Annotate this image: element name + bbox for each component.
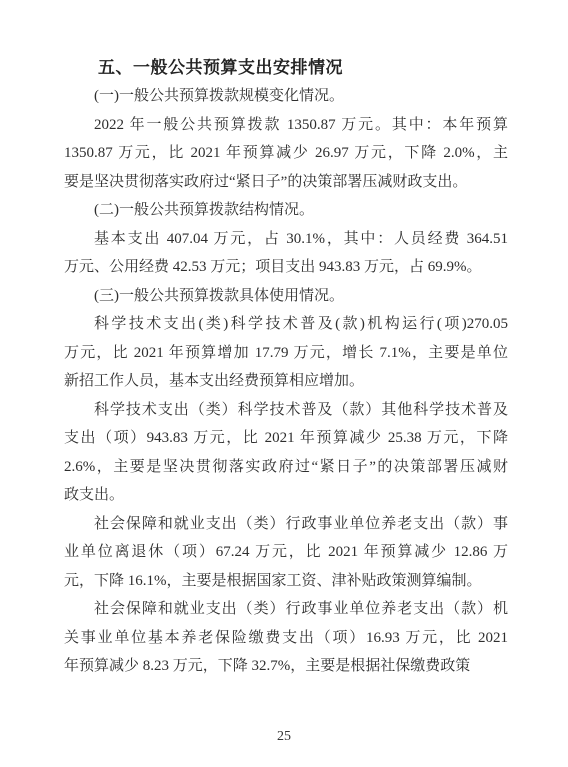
document-paragraph: 科学技术支出(类)科学技术普及(款)机构运行(项)270.05万元，比 2021… bbox=[64, 310, 508, 396]
paragraph-line: 2022 年一般公共预算拨款 1350.87 万元。其中：本年预算 bbox=[64, 111, 508, 140]
paragraph-line: 基本支出 407.04 万元，占 30.1%，其中：人员经费 364.51 bbox=[64, 225, 508, 254]
paragraph-line: 万元、公用经费 42.53 万元；项目支出 943.83 万元，占 69.9%。 bbox=[64, 253, 508, 282]
paragraph-line: 业单位离退休（项）67.24 万元，比 2021 年预算减少 12.86 万 bbox=[64, 538, 508, 567]
document-page: 五、一般公共预算支出安排情况 (一)一般公共预算拨款规模变化情况。2022 年一… bbox=[0, 0, 568, 767]
document-content: 五、一般公共预算支出安排情况 (一)一般公共预算拨款规模变化情况。2022 年一… bbox=[64, 53, 508, 681]
paragraph-line: (二)一般公共预算拨款结构情况。 bbox=[64, 196, 508, 225]
paragraph-line: 新招工作人员，基本支出经费预算相应增加。 bbox=[64, 367, 508, 396]
paragraph-line: 社会保障和就业支出（类）行政事业单位养老支出（款）机 bbox=[64, 595, 508, 624]
paragraph-line: 科学技术支出（类）科学技术普及（款）其他科学技术普及 bbox=[64, 396, 508, 425]
paragraph-line: 要是坚决贯彻落实政府过“紧日子”的决策部署压减财政支出。 bbox=[64, 168, 508, 197]
document-paragraph: 基本支出 407.04 万元，占 30.1%，其中：人员经费 364.51万元、… bbox=[64, 225, 508, 282]
paragraph-line: (一)一般公共预算拨款规模变化情况。 bbox=[64, 82, 508, 111]
document-paragraph: 科学技术支出（类）科学技术普及（款）其他科学技术普及支出（项）943.83 万元… bbox=[64, 396, 508, 510]
document-paragraph: 2022 年一般公共预算拨款 1350.87 万元。其中：本年预算1350.87… bbox=[64, 111, 508, 197]
paragraph-line: 年预算减少 8.23 万元，下降 32.7%，主要是根据社保缴费政策 bbox=[64, 652, 508, 681]
paragraph-line: 支出（项）943.83 万元，比 2021 年预算减少 25.38 万元，下降 bbox=[64, 424, 508, 453]
document-paragraph: (一)一般公共预算拨款规模变化情况。 bbox=[64, 82, 508, 111]
document-paragraph: 社会保障和就业支出（类）行政事业单位养老支出（款）机关事业单位基本养老保险缴费支… bbox=[64, 595, 508, 681]
page-number: 25 bbox=[0, 729, 568, 745]
document-paragraph: (二)一般公共预算拨款结构情况。 bbox=[64, 196, 508, 225]
document-paragraph: 社会保障和就业支出（类）行政事业单位养老支出（款）事业单位离退休（项）67.24… bbox=[64, 510, 508, 596]
paragraph-line: 科学技术支出(类)科学技术普及(款)机构运行(项)270.05 bbox=[64, 310, 508, 339]
paragraph-line: 社会保障和就业支出（类）行政事业单位养老支出（款）事 bbox=[64, 510, 508, 539]
paragraph-line: (三)一般公共预算拨款具体使用情况。 bbox=[64, 282, 508, 311]
paragraph-line: 元，下降 16.1%，主要是根据国家工资、津补贴政策测算编制。 bbox=[64, 567, 508, 596]
section-heading: 五、一般公共预算支出安排情况 bbox=[64, 53, 508, 82]
paragraph-line: 关事业单位基本养老保险缴费支出（项）16.93 万元，比 2021 bbox=[64, 624, 508, 653]
document-body: (一)一般公共预算拨款规模变化情况。2022 年一般公共预算拨款 1350.87… bbox=[64, 82, 508, 681]
paragraph-line: 1350.87 万元，比 2021 年预算减少 26.97 万元，下降 2.0%… bbox=[64, 139, 508, 168]
paragraph-line: 政支出。 bbox=[64, 481, 508, 510]
paragraph-line: 2.6%，主要是坚决贯彻落实政府过“紧日子”的决策部署压减财 bbox=[64, 453, 508, 482]
paragraph-line: 万元，比 2021 年预算增加 17.79 万元，增长 7.1%，主要是单位 bbox=[64, 339, 508, 368]
document-paragraph: (三)一般公共预算拨款具体使用情况。 bbox=[64, 282, 508, 311]
